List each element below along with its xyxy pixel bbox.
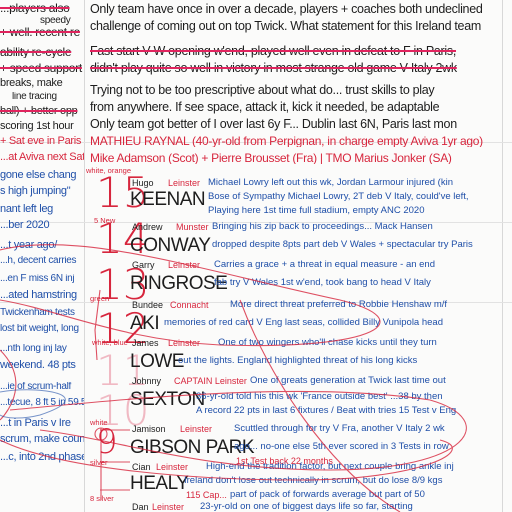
player-tag: 8 silver bbox=[90, 494, 114, 503]
player-note: ago... no-one else 5th ever scored in 3 … bbox=[234, 442, 449, 452]
player-note: One of greats generation at Twick last t… bbox=[250, 376, 446, 386]
player-note: High-end the tradition factor, but next … bbox=[206, 462, 454, 472]
player-tag: white, blue bbox=[92, 338, 128, 347]
left-red-note: + Sat eve in Paris bbox=[0, 136, 84, 147]
player-surname: HEALY bbox=[130, 474, 188, 493]
left-blue-note: ...c, into 2nd phase bbox=[0, 452, 84, 463]
player-note: 23-yr-old on one of biggest days life so… bbox=[200, 502, 413, 512]
player-note: Bose of Sympathy Michael Lowry, 2T deb V… bbox=[208, 192, 469, 202]
player-club: CAPTAIN Leinster bbox=[174, 376, 247, 386]
left-blue-note: gone else chang bbox=[0, 170, 84, 181]
left-blue-note: ...ated hamstring bbox=[0, 290, 84, 301]
header-line-struck: Fast start V W opening w'end, played wel… bbox=[90, 45, 504, 58]
left-blue-note: nant left leg bbox=[0, 204, 84, 215]
player-note: Carries a grace + a threat in equal meas… bbox=[214, 260, 435, 270]
header-line: Trying not to be too prescriptive about … bbox=[90, 84, 504, 97]
assistant-referees-line: Mike Adamson (Scot) + Pierre Brousset (F… bbox=[90, 152, 504, 164]
player-first-name: Andrew bbox=[132, 222, 163, 232]
player-surname: RINGROSE bbox=[130, 274, 227, 293]
left-note: line tracing bbox=[12, 92, 84, 102]
player-note: part of pack of forwards average but par… bbox=[230, 490, 425, 500]
left-blue-note: ...en F miss 6N inj bbox=[0, 274, 84, 284]
player-note: Playing here 1st time full stadium, empt… bbox=[208, 206, 425, 216]
player-club: Munster bbox=[176, 222, 209, 232]
left-blue-note: ...t in Paris v Ire bbox=[0, 418, 84, 429]
left-blue-note: ...ie of scrum-half bbox=[0, 382, 84, 392]
player-club: Leinster bbox=[168, 260, 200, 270]
player-surname: CONWAY bbox=[130, 236, 210, 255]
left-note: breaks, make bbox=[0, 78, 84, 89]
player-first-name: James bbox=[132, 338, 159, 348]
left-note: + speed support bbox=[0, 62, 84, 74]
header-line: from anywhere. If see space, attack it, … bbox=[90, 101, 504, 114]
player-note: Scuttled through for try V Fra, another … bbox=[234, 424, 445, 434]
player-red-note: 115 Cap... bbox=[186, 490, 227, 500]
left-note: ...players also bbox=[0, 2, 84, 14]
player-first-name: Jamison bbox=[132, 424, 166, 434]
player-note: More direct threat preferred to Robbie H… bbox=[230, 300, 447, 310]
left-note: speedy bbox=[40, 16, 84, 26]
header-line-struck: didn't play quite so well in victory in … bbox=[90, 62, 504, 75]
player-club: Leinster bbox=[168, 338, 200, 348]
player-club: Leinster bbox=[168, 178, 200, 188]
left-note: ability re-cycle bbox=[0, 46, 84, 58]
player-first-name: Johnny bbox=[132, 376, 161, 386]
right-margin bbox=[502, 0, 503, 512]
player-first-name: Cian bbox=[132, 462, 151, 472]
referee-line: MATHIEU RAYNAL (40-yr-old from Perpignan… bbox=[90, 135, 504, 147]
left-note: scoring 1st hour bbox=[0, 121, 84, 132]
left-note: + well. recent re bbox=[0, 26, 84, 38]
player-first-name: Dan bbox=[132, 502, 149, 512]
player-tag: silver bbox=[90, 458, 108, 467]
player-first-name: Bundee bbox=[132, 300, 163, 310]
notes-page: ...players also speedy + well. recent re… bbox=[0, 0, 512, 512]
player-surname: KEENAN bbox=[130, 190, 205, 209]
player-club: Connacht bbox=[170, 300, 209, 310]
player-note: dropped despite 8pts part deb V Wales + … bbox=[212, 240, 473, 250]
player-note: Michael Lowry left out this wk, Jordan L… bbox=[208, 178, 453, 188]
player-note: fab try V Wales 1st w'end, took bang to … bbox=[214, 278, 431, 288]
left-blue-note: scrum, make count bbox=[0, 434, 84, 445]
left-blue-note: Twickenham tests bbox=[0, 308, 84, 318]
left-blue-note: ...t year ago/ bbox=[0, 240, 84, 251]
player-tag: white, orange bbox=[86, 166, 131, 175]
player-tag: white bbox=[90, 418, 108, 427]
left-note: ball) + better opp bbox=[0, 106, 84, 117]
left-blue-note: ...h, decent carries bbox=[0, 256, 84, 266]
left-blue-note: ...tecue, 8 ft 5 in 59.5 kg bbox=[0, 398, 84, 408]
player-note: A record 22 pts in last 6 fixtures / Bea… bbox=[196, 406, 456, 416]
left-blue-note: ...ber 2020 bbox=[0, 220, 84, 231]
left-blue-note: ...nth long inj lay bbox=[0, 344, 84, 354]
left-blue-note: weekend. 48 pts bbox=[0, 360, 84, 371]
player-note: out the lights. England highlighted thre… bbox=[178, 356, 417, 366]
player-surname: SEXTON bbox=[130, 390, 205, 409]
player-first-name: Garry bbox=[132, 260, 155, 270]
player-surname: LOWE bbox=[130, 352, 184, 371]
player-note: Bringing his zip back to proceedings... … bbox=[212, 222, 433, 232]
player-note: 36-yr-old told his this wk 'France outsi… bbox=[196, 392, 443, 402]
jersey-number-9: 9 bbox=[96, 425, 118, 459]
player-first-name: Hugo bbox=[132, 178, 154, 188]
player-club: Leinster bbox=[156, 462, 188, 472]
player-tag: 5 New bbox=[94, 216, 115, 225]
player-club: Leinster bbox=[152, 502, 184, 512]
player-note: memories of red card V Eng last seas, co… bbox=[164, 318, 443, 328]
header-line: Only team have once in over a decade, pl… bbox=[90, 3, 504, 16]
player-club: Leinster bbox=[180, 424, 212, 434]
player-surname: AKI bbox=[130, 314, 159, 333]
left-blue-note: s high jumping" bbox=[0, 186, 84, 197]
player-tag: green bbox=[90, 294, 109, 303]
header-line: challenge of coming out on top Twick. Wh… bbox=[90, 20, 504, 33]
player-note: Ireland don't lose out technically in sc… bbox=[184, 476, 442, 486]
left-red-note: ...at Aviva next Sat bbox=[0, 152, 84, 163]
left-blue-note: lost bit weight, long bbox=[0, 324, 84, 334]
player-note: One of two wingers who'll chase kicks un… bbox=[218, 338, 437, 348]
header-line: Only team got better of I over last 6y F… bbox=[90, 118, 504, 131]
column-divider bbox=[84, 0, 85, 512]
